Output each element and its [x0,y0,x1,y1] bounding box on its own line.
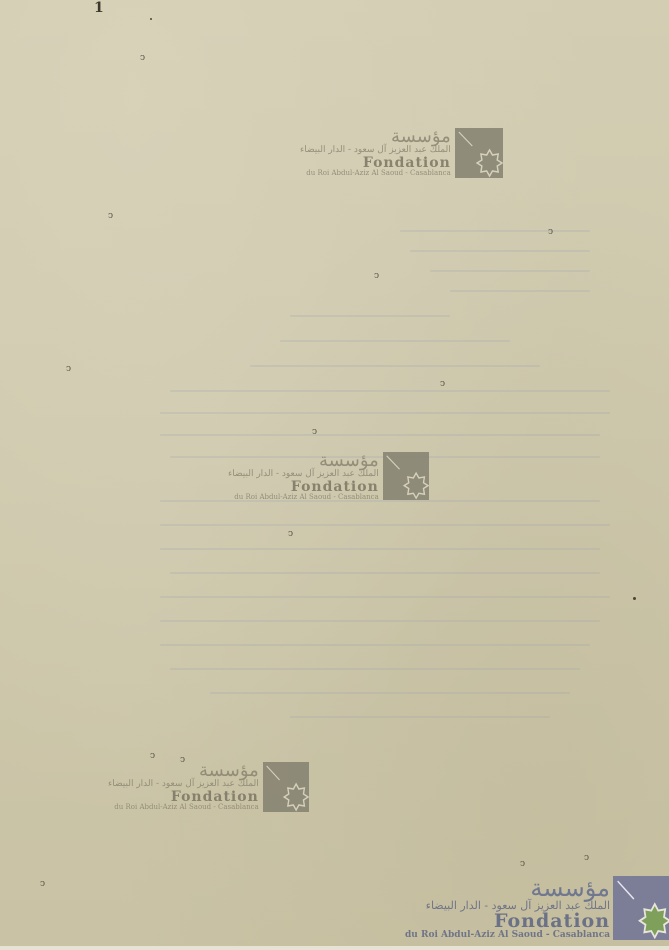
watermark-arabic-title: مؤسسة [319,452,379,470]
ink-spot [633,597,636,600]
foundation-logo: مؤسسة الملك عبد العزيز آل سعود - الدار ا… [405,876,669,941]
paper-speck: ↄ [150,752,155,761]
watermark-arabic-title: مؤسسة [199,762,259,780]
watermark-french-title: Fondation [291,480,379,494]
paper-speck: ↄ [374,272,379,281]
watermark-french-subtitle: du Roi Abdul-Aziz Al Saoud - Casablanca [114,804,258,812]
watermark-french-subtitle: du Roi Abdul-Aziz Al Saoud - Casablanca [234,494,378,502]
foundation-watermark: مؤسسة الملك عبد العزيز آل سعود - الدار ا… [228,452,429,502]
paper-speck: ↄ [40,880,45,889]
foundation-watermark: مؤسسة الملك عبد العزيز آل سعود - الدار ا… [300,128,503,178]
paper-speck: ↄ [140,54,145,63]
foundation-logo-icon [613,876,669,940]
foundation-logo-icon [263,762,309,812]
scan-edge [0,946,669,950]
logo-arabic-title: مؤسسة [530,876,610,900]
paper-speck: ↄ [440,380,445,389]
watermark-french-title: Fondation [171,790,259,804]
logo-french-title: Fondation [494,912,610,931]
watermark-french-subtitle: du Roi Abdul-Aziz Al Saoud - Casablanca [306,170,450,178]
paper-speck: ↄ [66,365,71,374]
paper-speck: ↄ [312,428,317,437]
foundation-watermark: مؤسسة الملك عبد العزيز آل سعود - الدار ا… [108,762,309,812]
foundation-logo-icon [383,452,429,500]
ink-spot [150,18,152,20]
manuscript-page: 1 ↄ ↄ ↄ ↄ ↄ ↄ ↄ ↄ ↄ ↄ ↄ ↄ ↄ مؤس [0,0,669,950]
watermark-french-title: Fondation [363,156,451,170]
foundation-logo-icon [455,128,503,178]
paper-speck: ↄ [288,530,293,539]
page-corner-mark: 1 [94,0,104,16]
paper-speck: ↄ [108,212,113,221]
watermark-arabic-title: مؤسسة [391,128,451,146]
logo-french-subtitle: du Roi Abdul-Aziz Al Saoud - Casablanca [405,931,610,941]
paper-speck: ↄ [584,854,589,863]
paper-speck: ↄ [520,860,525,869]
paper-speck: ↄ [548,228,553,237]
